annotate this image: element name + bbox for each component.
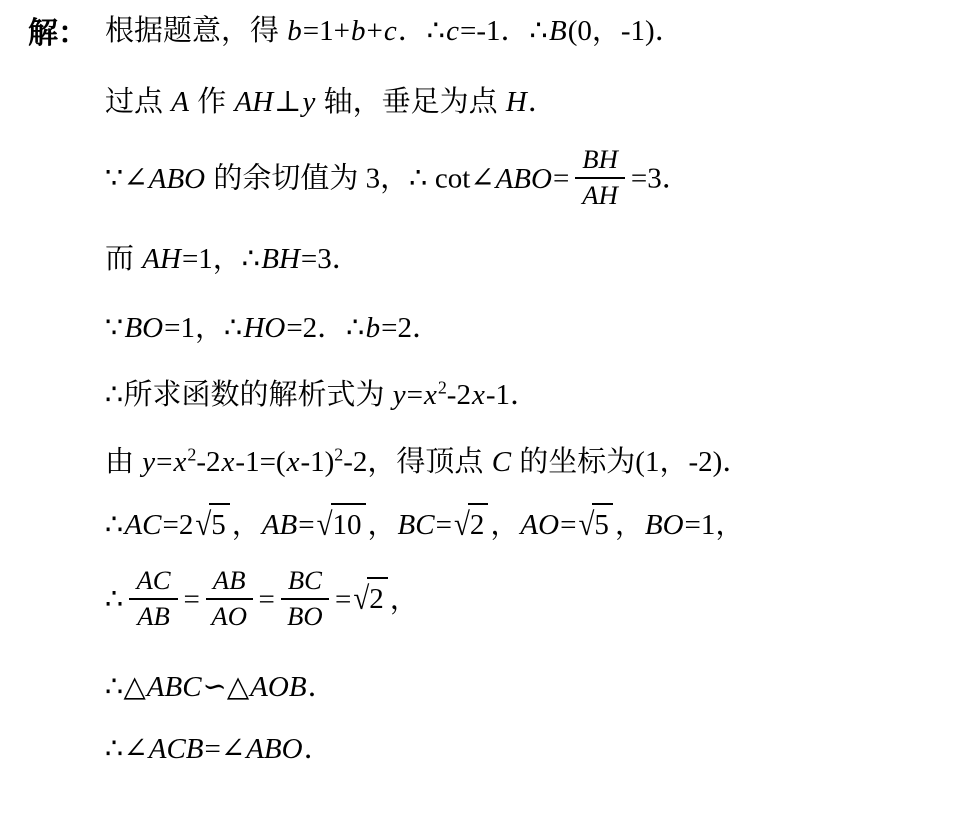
sqrt-expression: √5 [578,503,612,545]
text-run: =1，∴ [164,312,242,344]
text-run: ∴∠ [105,733,148,765]
math-solution-page: 解： 根据题意，得 b=1+b+c．∴c=-1．∴B(0，-1)．过点 A 作 … [0,0,973,835]
line-equal-angles: ∴∠ACB=∠ABO． [105,730,963,769]
radical-sign-icon: √ [195,503,211,547]
fraction: BCBO [281,566,329,632]
text-run: 的余切值为 3，∴ cot∠ [206,163,494,195]
math-variable: x [286,446,301,478]
text-run: ∴所求函数的解析式为 [105,379,392,411]
text-run: =∠ [205,733,246,765]
text-run: =-1．∴ [460,15,548,47]
line-cotangent: ∵∠ABO 的余切值为 3，∴ cot∠ABO=BHAH=3． [105,148,963,214]
text-run: 而 [105,243,141,275]
superscript: 2 [438,378,447,398]
text-run: 由 [105,446,141,478]
text-run: = [553,163,569,195]
fraction-denominator: AH [575,179,625,211]
text-run: =2． [381,312,441,344]
radicand: 2 [468,503,489,545]
superscript: 2 [334,445,343,465]
text-run: = [560,509,576,541]
fraction-numerator: AB [206,566,253,600]
text-run: = [259,583,275,615]
math-variable: y [301,86,316,118]
radical-sign-icon: √ [454,503,470,547]
math-variable: ABC [146,671,203,703]
text-run: ∽△ [203,671,250,703]
math-variable: AO [519,509,560,541]
sqrt-expression: √5 [195,503,229,545]
line-vertex: 由 y=x2-2x-1=(x-1)2-2，得顶点 C 的坐标为(1，-2)． [105,443,963,482]
line-ah-bh: 而 AH=1，∴BH=3． [105,240,963,279]
math-variable: AC [123,509,162,541]
text-run: -2 [447,379,471,411]
math-variable: b [286,15,303,47]
radical-sign-icon: √ [317,503,333,547]
text-run: ． [528,86,557,118]
text-run: = [298,509,314,541]
sqrt-expression: √10 [317,503,366,545]
solution-lines: 根据题意，得 b=1+b+c．∴c=-1．∴B(0，-1)．过点 A 作 AH⊥… [105,12,963,769]
text-run: 作 [190,86,234,118]
text-run: -2，得顶点 [343,446,490,478]
radical-sign-icon: √ [578,503,594,547]
fraction-numerator: BH [575,145,625,179]
fraction-numerator: AC [129,566,177,600]
fraction: BHAH [575,145,625,211]
text-run: ， [232,509,261,541]
math-variable: y [141,446,156,478]
fraction: ABAO [206,566,253,632]
text-run: =1， [685,509,745,541]
superscript: 2 [187,445,196,465]
fraction-denominator: AB [129,600,177,632]
line-construct-perpendicular: 过点 A 作 AH⊥y 轴，垂足为点 H． [105,83,963,122]
text-run: (0，-1)． [568,15,684,47]
text-run: -1=( [235,446,285,478]
math-variable: ABO [245,733,303,765]
text-run: ∴ [105,509,123,541]
text-run: =2．∴ [286,312,364,344]
text-run: =3． [631,163,691,195]
radicand: 5 [592,503,613,545]
text-run: = [184,583,200,615]
math-variable: c [383,15,398,47]
text-run: 轴，垂足为点 [316,86,505,118]
math-variable: AH [141,243,182,275]
radicand: 2 [367,577,388,619]
line-bo-ho-b: ∵BO=1，∴HO=2．∴b=2． [105,309,963,348]
text-run: ．∴ [398,15,445,47]
text-run: -1． [486,379,539,411]
text-run: ． [304,733,333,765]
text-run: =1+ [303,15,350,47]
text-run: ⊥ [274,86,301,118]
radicand: 5 [209,503,230,545]
sqrt-expression: √2 [353,577,387,619]
line-side-lengths: ∴AC=2√5，AB=√10，BC=√2，AO=√5，BO=1， [105,503,963,545]
math-variable: B [548,15,568,47]
math-variable: ABO [495,163,553,195]
text-run: 过点 [105,86,170,118]
radical-sign-icon: √ [353,578,369,622]
text-run: -1) [300,446,334,478]
text-run: = [407,379,423,411]
math-variable: BO [644,509,685,541]
math-variable: x [221,446,236,478]
math-variable: b [350,15,367,47]
math-variable: c [445,15,460,47]
math-variable: x [173,446,188,478]
math-variable: AH [234,86,275,118]
text-run: =2 [163,509,194,541]
math-variable: y [392,379,407,411]
math-variable: BC [397,509,436,541]
text-run: 的坐标为(1，-2)． [512,446,751,478]
math-variable: ABO [148,163,206,195]
fraction-denominator: BO [281,600,329,632]
math-variable: HO [242,312,286,344]
math-variable: C [491,446,512,478]
math-variable: x [471,379,486,411]
line-function-expression: ∴所求函数的解析式为 y=x2-2x-1． [105,376,963,415]
text-run: ， [390,583,419,615]
text-run: ， [615,509,644,541]
text-run: ∵ [105,312,123,344]
text-run: -2 [196,446,220,478]
math-variable: x [423,379,438,411]
text-run: = [335,583,351,615]
math-variable: A [170,86,190,118]
solve-label: 解： [28,14,88,53]
fraction-numerator: BC [281,566,329,600]
line-given-equation: 根据题意，得 b=1+b+c．∴c=-1．∴B(0，-1)． [105,12,963,51]
text-run: ． [308,671,337,703]
sqrt-expression: √2 [454,503,488,545]
math-variable: BO [123,312,164,344]
math-variable: ACB [148,733,205,765]
text-run: 根据题意，得 [105,15,286,47]
radicand: 10 [331,503,366,545]
text-run: =3． [301,243,361,275]
text-run: ， [490,509,519,541]
solution-block: 解： 根据题意，得 b=1+b+c．∴c=-1．∴B(0，-1)．过点 A 作 … [0,0,973,769]
line-ratios: ∴ACAB=ABAO=BCBO=√2， [105,569,963,635]
text-run: = [436,509,452,541]
math-variable: b [365,312,382,344]
line-similar-triangles: ∴△ABC∽△AOB． [105,668,963,707]
text-run: ∵∠ [105,163,148,195]
text-run: ∴△ [105,671,146,703]
fraction: ACAB [129,566,177,632]
math-variable: AB [261,509,298,541]
fraction-denominator: AO [206,600,253,632]
text-run: = [156,446,172,478]
text-run: ∴ [105,583,123,615]
text-run: ， [368,509,397,541]
math-variable: H [505,86,528,118]
text-run: =1，∴ [182,243,260,275]
math-variable: AOB [249,671,307,703]
text-run: + [366,15,382,47]
math-variable: BH [260,243,301,275]
